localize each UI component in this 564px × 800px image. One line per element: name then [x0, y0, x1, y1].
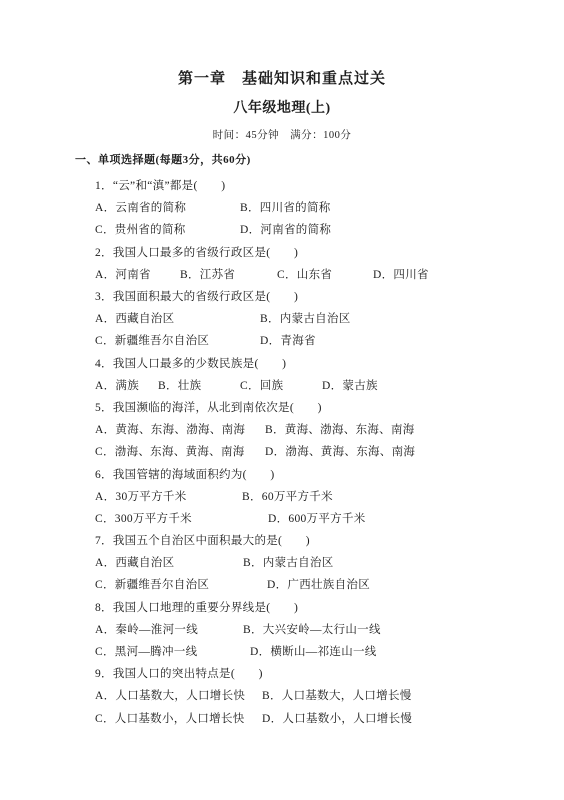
option-item: A．河南省: [95, 266, 180, 282]
option-item: C．黑河—腾冲一线: [95, 643, 250, 659]
question-text: 9．我国人口的突出特点是( ): [95, 662, 564, 684]
option-item: D．蒙古族: [322, 377, 378, 393]
option-item: A．西藏自治区: [95, 554, 243, 570]
question-block: 6．我国管辖的海域面积约为( )A．30万平方千米B．60万平方千米C．300万…: [95, 462, 564, 529]
option-row: A．西藏自治区B．内蒙古自治区: [95, 307, 564, 329]
option-item: B．大兴安岭—太行山一线: [243, 621, 381, 637]
option-item: C．300万平方千米: [95, 510, 268, 526]
option-item: C．山东省: [277, 266, 373, 282]
option-item: B．60万平方千米: [242, 488, 333, 504]
option-item: A．满族: [95, 377, 158, 393]
question-block: 3．我国面积最大的省级行政区是( )A．西藏自治区B．内蒙古自治区C．新疆维吾尔…: [95, 285, 564, 352]
questions-list: 1．“云”和“滇”都是( )A．云南省的简称B．四川省的简称C．贵州省的简称D．…: [95, 174, 564, 729]
option-row: C．黑河—腾冲一线D．横断山—祁连山一线: [95, 640, 564, 662]
option-item: B．人口基数大，人口增长慢: [262, 687, 412, 703]
option-item: C．回族: [240, 377, 322, 393]
question-block: 9．我国人口的突出特点是( )A．人口基数大，人口增长快B．人口基数大，人口增长…: [95, 662, 564, 729]
question-text: 6．我国管辖的海域面积约为( ): [95, 462, 564, 484]
option-row: C．人口基数小，人口增长快D．人口基数小，人口增长慢: [95, 707, 564, 729]
option-item: C．新疆维吾尔自治区: [95, 576, 267, 592]
option-item: C．贵州省的简称: [95, 221, 240, 237]
option-item: A．30万平方千米: [95, 488, 242, 504]
option-item: D．四川省: [373, 266, 429, 282]
option-row: A．秦岭—淮河一线B．大兴安岭—太行山一线: [95, 618, 564, 640]
option-item: D．横断山—祁连山一线: [250, 643, 377, 659]
page-subtitle: 八年级地理(上): [0, 100, 564, 118]
question-text: 1．“云”和“滇”都是( ): [95, 174, 564, 196]
question-text: 3．我国面积最大的省级行政区是( ): [95, 285, 564, 307]
document-page: 第一章 基础知识和重点过关 八年级地理(上) 时间：45分钟 满分：100分 一…: [0, 0, 564, 800]
question-text: 4．我国人口最多的少数民族是( ): [95, 352, 564, 374]
option-item: B．内蒙古自治区: [243, 554, 334, 570]
question-text: 2．我国人口最多的省级行政区是( ): [95, 241, 564, 263]
question-block: 1．“云”和“滇”都是( )A．云南省的简称B．四川省的简称C．贵州省的简称D．…: [95, 174, 564, 241]
option-row: A．人口基数大，人口增长快B．人口基数大，人口增长慢: [95, 684, 564, 706]
question-block: 2．我国人口最多的省级行政区是( )A．河南省B．江苏省C．山东省D．四川省: [95, 241, 564, 285]
question-block: 7．我国五个自治区中面积最大的是( )A．西藏自治区B．内蒙古自治区C．新疆维吾…: [95, 529, 564, 596]
option-item: B．内蒙古自治区: [260, 310, 351, 326]
option-item: D．广西壮族自治区: [267, 576, 370, 592]
section-heading: 一、单项选择题(每题3分，共60分): [75, 152, 564, 168]
option-item: C．新疆维吾尔自治区: [95, 332, 260, 348]
option-item: D．600万平方千米: [268, 510, 366, 526]
option-item: A．西藏自治区: [95, 310, 260, 326]
option-row: A．云南省的简称B．四川省的简称: [95, 196, 564, 218]
option-row: C．贵州省的简称D．河南省的简称: [95, 218, 564, 240]
option-item: D．青海省: [260, 332, 316, 348]
option-row: C．新疆维吾尔自治区D．青海省: [95, 329, 564, 351]
option-row: A．西藏自治区B．内蒙古自治区: [95, 551, 564, 573]
option-item: D．渤海、黄海、东海、南海: [265, 443, 415, 459]
option-row: A．河南省B．江苏省C．山东省D．四川省: [95, 263, 564, 285]
option-item: B．江苏省: [180, 266, 277, 282]
option-item: B．壮族: [158, 377, 240, 393]
option-item: B．四川省的简称: [240, 199, 331, 215]
question-block: 4．我国人口最多的少数民族是( )A．满族B．壮族C．回族D．蒙古族: [95, 352, 564, 396]
option-item: C．人口基数小，人口增长快: [95, 710, 262, 726]
option-row: C．渤海、东海、黄海、南海D．渤海、黄海、东海、南海: [95, 440, 564, 462]
option-item: A．云南省的简称: [95, 199, 240, 215]
option-item: A．秦岭—淮河一线: [95, 621, 243, 637]
question-block: 8．我国人口地理的重要分界线是( )A．秦岭—淮河一线B．大兴安岭—太行山一线C…: [95, 596, 564, 663]
option-item: C．渤海、东海、黄海、南海: [95, 443, 265, 459]
question-text: 5．我国濒临的海洋，从北到南依次是( ): [95, 396, 564, 418]
option-item: A．人口基数大，人口增长快: [95, 687, 262, 703]
question-text: 8．我国人口地理的重要分界线是( ): [95, 596, 564, 618]
option-item: D．人口基数小，人口增长慢: [262, 710, 412, 726]
page-title: 第一章 基础知识和重点过关: [0, 70, 564, 88]
exam-meta: 时间：45分钟 满分：100分: [0, 129, 564, 143]
option-item: A．黄海、东海、渤海、南海: [95, 421, 265, 437]
option-row: C．新疆维吾尔自治区D．广西壮族自治区: [95, 573, 564, 595]
question-text: 7．我国五个自治区中面积最大的是( ): [95, 529, 564, 551]
option-row: A．黄海、东海、渤海、南海B．黄海、渤海、东海、南海: [95, 418, 564, 440]
option-row: A．30万平方千米B．60万平方千米: [95, 485, 564, 507]
option-row: A．满族B．壮族C．回族D．蒙古族: [95, 374, 564, 396]
question-block: 5．我国濒临的海洋，从北到南依次是( )A．黄海、东海、渤海、南海B．黄海、渤海…: [95, 396, 564, 463]
option-item: D．河南省的简称: [240, 221, 331, 237]
option-item: B．黄海、渤海、东海、南海: [265, 421, 415, 437]
option-row: C．300万平方千米D．600万平方千米: [95, 507, 564, 529]
